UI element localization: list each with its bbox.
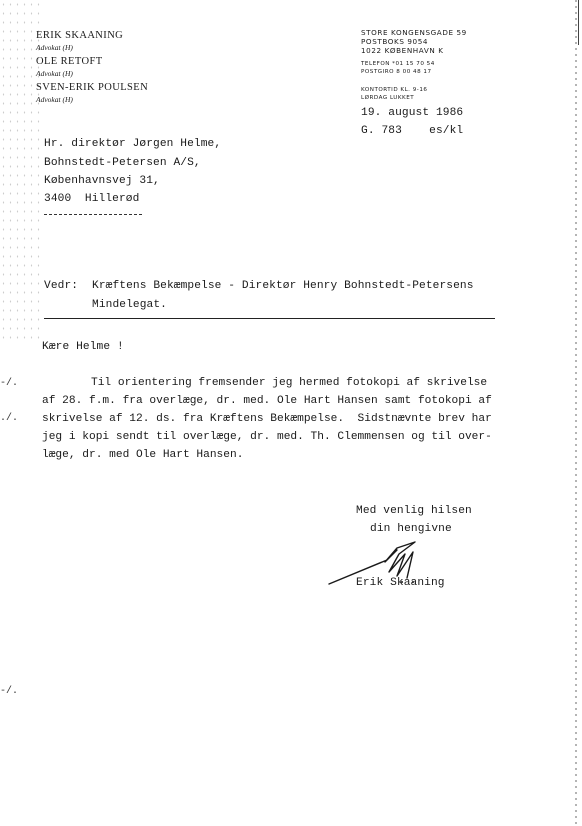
subject-label: Vedr:	[44, 280, 78, 292]
scan-noise-left	[0, 0, 40, 340]
letter-page: ERIK SKAANING Advokat (H) OLE RETOFT Adv…	[0, 0, 582, 826]
letter-date: 19. august 1986	[361, 107, 463, 119]
hours-line: LØRDAG LUKKET	[361, 95, 414, 103]
address-line: 1022 KØBENHAVN K	[361, 46, 444, 55]
phone-line: TELEFON *01 15 70 54	[361, 61, 435, 69]
recipient-line: Hr. direktør Jørgen Helme,	[44, 138, 221, 150]
subject-line: Mindelegat.	[92, 299, 167, 311]
address-line: POSTBOKS 9054	[361, 37, 428, 46]
recipient-line: 3400 Hillerød	[44, 193, 139, 205]
hours-line: KONTORTID KL. 9-16	[361, 87, 427, 95]
partner-name: SVEN-ERIK POULSEN	[36, 82, 148, 93]
partner-title: Advokat (H)	[36, 43, 73, 52]
letter-reference: G. 783 es/kl	[361, 125, 463, 137]
recipient-line: Københavnsvej 31,	[44, 175, 160, 187]
margin-mark: -/.	[0, 378, 18, 389]
body-line: Til orientering fremsender jeg hermed fo…	[91, 374, 487, 392]
salutation: Kære Helme !	[42, 341, 124, 353]
signatory-name: Erik Skaaning	[356, 577, 445, 589]
closing-line: Med venlig hilsen	[356, 505, 472, 517]
scan-edge-right	[578, 0, 579, 45]
margin-mark: ./.	[0, 413, 18, 424]
partner-title: Advokat (H)	[36, 69, 73, 78]
body-line: skrivelse af 12. ds. fra Kræftens Bekæmp…	[42, 410, 492, 428]
body-line: læge, dr. med Ole Hart Hansen.	[42, 446, 243, 464]
body-line: af 28. f.m. fra overlæge, dr. med. Ole H…	[42, 392, 492, 410]
recipient-underline	[44, 214, 142, 215]
address-line: STORE KONGENSGADE 59	[361, 28, 467, 37]
subject-rule	[44, 318, 495, 319]
subject-line: Kræftens Bekæmpelse - Direktør Henry Boh…	[92, 280, 474, 292]
body-line: jeg i kopi sendt til overlæge, dr. med. …	[42, 428, 492, 446]
partner-name: ERIK SKAANING	[36, 30, 123, 41]
margin-mark: -/.	[0, 686, 18, 697]
scan-noise-right	[575, 0, 577, 826]
giro-line: POSTGIRO 8 00 48 17	[361, 69, 432, 77]
partner-title: Advokat (H)	[36, 95, 73, 104]
partner-name: OLE RETOFT	[36, 56, 103, 67]
recipient-line: Bohnstedt-Petersen A/S,	[44, 157, 201, 169]
